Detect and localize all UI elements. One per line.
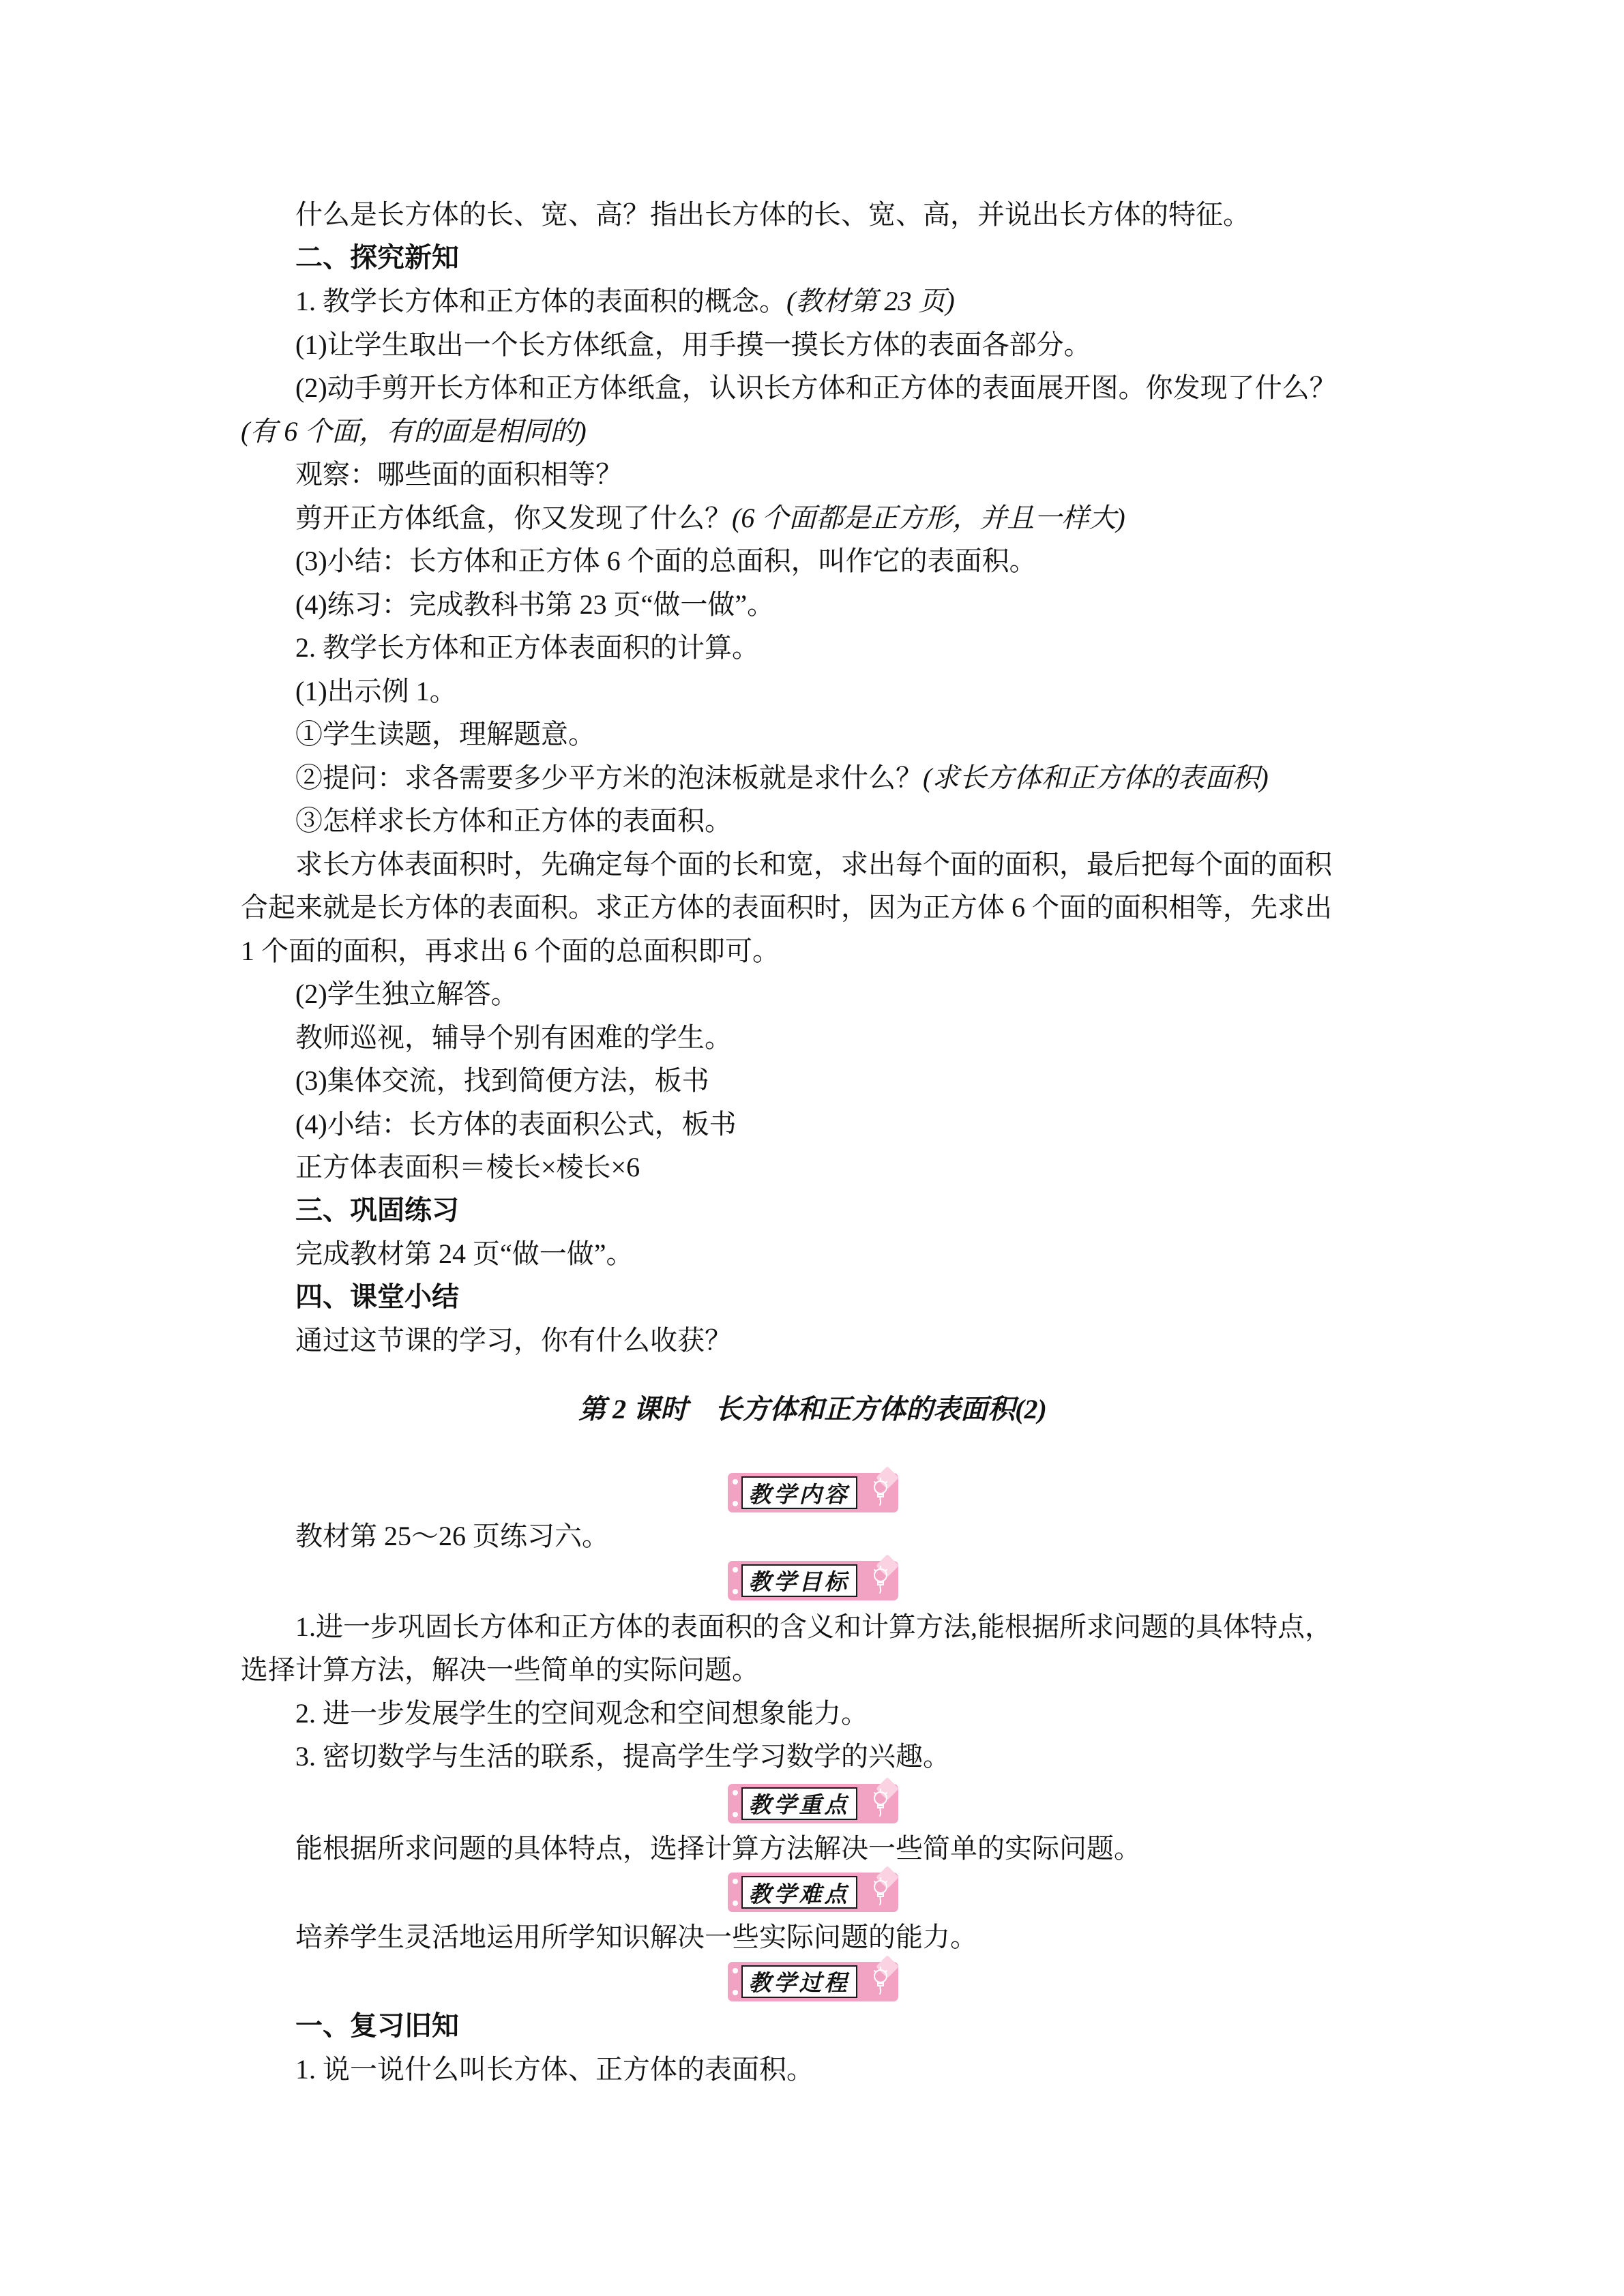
paragraph-line: (2)动手剪开长方体和正方体纸盒，认识长方体和正方体的表面展开图。你发现了什么？: [241, 366, 1385, 410]
line-text: ①学生读题，理解题意。: [295, 719, 595, 749]
paragraph-line: ①学生读题，理解题意。: [241, 713, 1385, 756]
line-text: 2. 教学长方体和正方体表面积的计算。: [295, 632, 759, 663]
badge-label: 教学重点: [749, 1787, 850, 1819]
badge-inner-panel: 教学内容: [741, 1476, 857, 1509]
paragraph-line: 2. 进一步发展学生的空间观念和空间想象能力。: [241, 1692, 1385, 1735]
paragraph-line: (3)小结：长方体和正方体 6 个面的总面积，叫作它的表面积。: [241, 539, 1385, 583]
badge-row: 教学难点: [241, 1873, 1385, 1912]
line-text: 剪开正方体纸盒，你又发现了什么？: [295, 503, 732, 533]
line-note: (6 个面都是正方形，并且一样大): [732, 503, 1125, 533]
line-text: (1)出示例 1。: [295, 676, 457, 706]
line-text: 三、巩固练习: [295, 1195, 459, 1225]
paragraph-line: 2. 教学长方体和正方体表面积的计算。: [241, 626, 1385, 670]
paragraph-line: 1. 教学长方体和正方体的表面积的概念。(教材第 23 页): [241, 280, 1385, 323]
line-text: (2)动手剪开长方体和正方体纸盒，认识长方体和正方体的表面展开图。你发现了什么？: [295, 372, 1337, 403]
bulb-icon: [868, 1877, 893, 1908]
line-text: 1. 说一说什么叫长方体、正方体的表面积。: [295, 2054, 814, 2085]
line-text: 观察：哪些面的面积相等？: [295, 459, 623, 490]
paragraph-line: (1)让学生取出一个长方体纸盒，用手摸一摸长方体的表面各部分。: [241, 323, 1385, 367]
badge-dot-decoration: [733, 1879, 738, 1884]
line-text: 1.进一步巩固长方体和正方体的表面积的含义和计算方法,能根据所求问题的具体特点，: [295, 1611, 1332, 1642]
note-line: (有 6 个面，有的面是相同的): [241, 410, 1385, 453]
bulb-icon: [868, 1966, 893, 1997]
section-heading: 三、巩固练习: [241, 1189, 1385, 1233]
line-text: 合起来就是长方体的表面积。求正方体的表面积时，因为正方体 6 个面的面积相等，先…: [241, 892, 1332, 923]
paragraph-line: 1.进一步巩固长方体和正方体的表面积的含义和计算方法,能根据所求问题的具体特点，: [241, 1605, 1385, 1649]
badge-dot-decoration: [733, 1501, 738, 1506]
section-heading: 二、探究新知: [241, 237, 1385, 280]
badge-row: 教学目标: [241, 1561, 1385, 1600]
line-text: 培养学生灵活地运用所学知识解决一些实际问题的能力。: [295, 1922, 977, 1952]
paragraph-line: 什么是长方体的长、宽、高？指出长方体的长、宽、高，并说出长方体的特征。: [241, 193, 1385, 237]
badge-dot-decoration: [733, 1812, 738, 1817]
line-text: 一、复习旧知: [295, 2011, 459, 2041]
line-text: ③怎样求长方体和正方体的表面积。: [295, 805, 732, 836]
badge-label: 教学过程: [749, 1965, 850, 1997]
lesson-title: 第 2 课时 长方体和正方体的表面积(2): [241, 1388, 1385, 1431]
badge-inner-panel: 教学难点: [741, 1876, 857, 1909]
line-text: 教师巡视，辅导个别有困难的学生。: [295, 1022, 732, 1053]
line-text: (有 6 个面，有的面是相同的): [241, 416, 587, 447]
line-text: ②提问：求各需要多少平方米的泡沫板就是求什么？: [295, 762, 923, 793]
paragraph-line: 剪开正方体纸盒，你又发现了什么？(6 个面都是正方形，并且一样大): [241, 496, 1385, 540]
teaching-goals-badge: 教学目标: [728, 1561, 898, 1600]
line-text: 1 个面的面积，再求出 6 个面的总面积即可。: [241, 936, 780, 966]
paragraph-line: 观察：哪些面的面积相等？: [241, 453, 1385, 496]
line-text: 正方体表面积＝棱长×棱长×6: [295, 1152, 640, 1182]
paragraph-line: (3)集体交流，找到简便方法，板书: [241, 1059, 1385, 1103]
line-text: 完成教材第 24 页“做一做”。: [295, 1238, 634, 1269]
teaching-process-badge: 教学过程: [728, 1962, 898, 2001]
badge-dot-decoration: [733, 1990, 738, 1995]
line-text: 二、探究新知: [295, 243, 459, 273]
paragraph-line: (1)出示例 1。: [241, 670, 1385, 713]
badge-dot-decoration: [733, 1589, 738, 1594]
line-text: (3)小结：长方体和正方体 6 个面的总面积，叫作它的表面积。: [295, 546, 1037, 576]
section-heading: 四、课堂小结: [241, 1276, 1385, 1320]
bulb-icon: [868, 1477, 893, 1508]
paragraph-line: (2)学生独立解答。: [241, 972, 1385, 1016]
paragraph-line: (4)小结：长方体的表面积公式，板书: [241, 1103, 1385, 1146]
line-text: 什么是长方体的长、宽、高？指出长方体的长、宽、高，并说出长方体的特征。: [295, 199, 1250, 230]
paragraph-line: 培养学生灵活地运用所学知识解决一些实际问题的能力。: [241, 1915, 1385, 1959]
badge-dot-decoration: [733, 1479, 738, 1485]
paragraph-line: 合起来就是长方体的表面积。求正方体的表面积时，因为正方体 6 个面的面积相等，先…: [241, 886, 1385, 929]
line-text: 2. 进一步发展学生的空间观念和空间想象能力。: [295, 1698, 868, 1729]
paragraph-line: ③怎样求长方体和正方体的表面积。: [241, 799, 1385, 843]
badge-inner-panel: 教学重点: [741, 1787, 857, 1820]
paragraph-line: 求长方体表面积时，先确定每个面的长和宽，求出每个面的面积，最后把每个面的面积: [241, 843, 1385, 886]
line-text: (2)学生独立解答。: [295, 979, 518, 1009]
line-text: 通过这节课的学习，你有什么收获？: [295, 1325, 732, 1356]
line-text: 3. 密切数学与生活的联系，提高学生学习数学的兴趣。: [295, 1741, 950, 1772]
line-text: (4)练习：完成教科书第 23 页“做一做”。: [295, 589, 774, 620]
badge-dot-decoration: [733, 1567, 738, 1572]
paragraph-line: 1 个面的面积，再求出 6 个面的总面积即可。: [241, 929, 1385, 973]
line-text: 能根据所求问题的具体特点，选择计算方法解决一些简单的实际问题。: [295, 1833, 1141, 1864]
line-text: 求长方体表面积时，先确定每个面的长和宽，求出每个面的面积，最后把每个面的面积: [295, 849, 1332, 880]
paragraph-line: 教师巡视，辅导个别有困难的学生。: [241, 1016, 1385, 1060]
badge-label: 教学难点: [749, 1877, 850, 1909]
paragraph-line: 教材第 25～26 页练习六。: [241, 1515, 1385, 1558]
paragraph-line: (4)练习：完成教科书第 23 页“做一做”。: [241, 583, 1385, 627]
paragraph-line: ②提问：求各需要多少平方米的泡沫板就是求什么？(求长方体和正方体的表面积): [241, 756, 1385, 800]
bulb-icon: [868, 1788, 893, 1819]
line-note: (求长方体和正方体的表面积): [923, 762, 1269, 793]
teaching-key-points-badge: 教学重点: [728, 1784, 898, 1823]
line-text: (3)集体交流，找到简便方法，板书: [295, 1065, 709, 1096]
paragraph-line: 选择计算方法，解决一些简单的实际问题。: [241, 1648, 1385, 1692]
paragraph-line: 3. 密切数学与生活的联系，提高学生学习数学的兴趣。: [241, 1735, 1385, 1778]
line-text: (1)让学生取出一个长方体纸盒，用手摸一摸长方体的表面各部分。: [295, 329, 1091, 360]
line-text: 1. 教学长方体和正方体的表面积的概念。: [295, 286, 786, 316]
badge-dot-decoration: [733, 1900, 738, 1906]
paragraph-line: 通过这节课的学习，你有什么收获？: [241, 1319, 1385, 1362]
line-text: (4)小结：长方体的表面积公式，板书: [295, 1109, 737, 1139]
document-content: 什么是长方体的长、宽、高？指出长方体的长、宽、高，并说出长方体的特征。 二、探究…: [241, 193, 1385, 2091]
formula-line: 正方体表面积＝棱长×棱长×6: [241, 1146, 1385, 1189]
document-page: 什么是长方体的长、宽、高？指出长方体的长、宽、高，并说出长方体的特征。 二、探究…: [0, 0, 1624, 2296]
bulb-icon: [868, 1565, 893, 1596]
line-text: 第 2 课时 长方体和正方体的表面积(2): [578, 1394, 1047, 1425]
line-note: (教材第 23 页): [786, 286, 955, 316]
badge-dot-decoration: [733, 1968, 738, 1973]
badge-dot-decoration: [733, 1790, 738, 1795]
teaching-difficulties-badge: 教学难点: [728, 1873, 898, 1912]
teaching-content-badge: 教学内容: [728, 1473, 898, 1512]
line-text: 教材第 25～26 页练习六。: [295, 1521, 609, 1551]
paragraph-line: 完成教材第 24 页“做一做”。: [241, 1232, 1385, 1276]
section-heading: 一、复习旧知: [241, 2005, 1385, 2048]
badge-row: 教学重点: [241, 1784, 1385, 1823]
badge-row: 教学过程: [241, 1962, 1385, 2001]
line-text: 四、课堂小结: [295, 1282, 459, 1312]
paragraph-line: 能根据所求问题的具体特点，选择计算方法解决一些简单的实际问题。: [241, 1827, 1385, 1870]
badge-label: 教学目标: [749, 1564, 850, 1596]
badge-inner-panel: 教学目标: [741, 1564, 857, 1597]
line-text: 选择计算方法，解决一些简单的实际问题。: [241, 1654, 759, 1685]
badge-row: 教学内容: [241, 1473, 1385, 1512]
paragraph-line: 1. 说一说什么叫长方体、正方体的表面积。: [241, 2048, 1385, 2091]
badge-label: 教学内容: [749, 1477, 850, 1509]
badge-inner-panel: 教学过程: [741, 1965, 857, 1998]
